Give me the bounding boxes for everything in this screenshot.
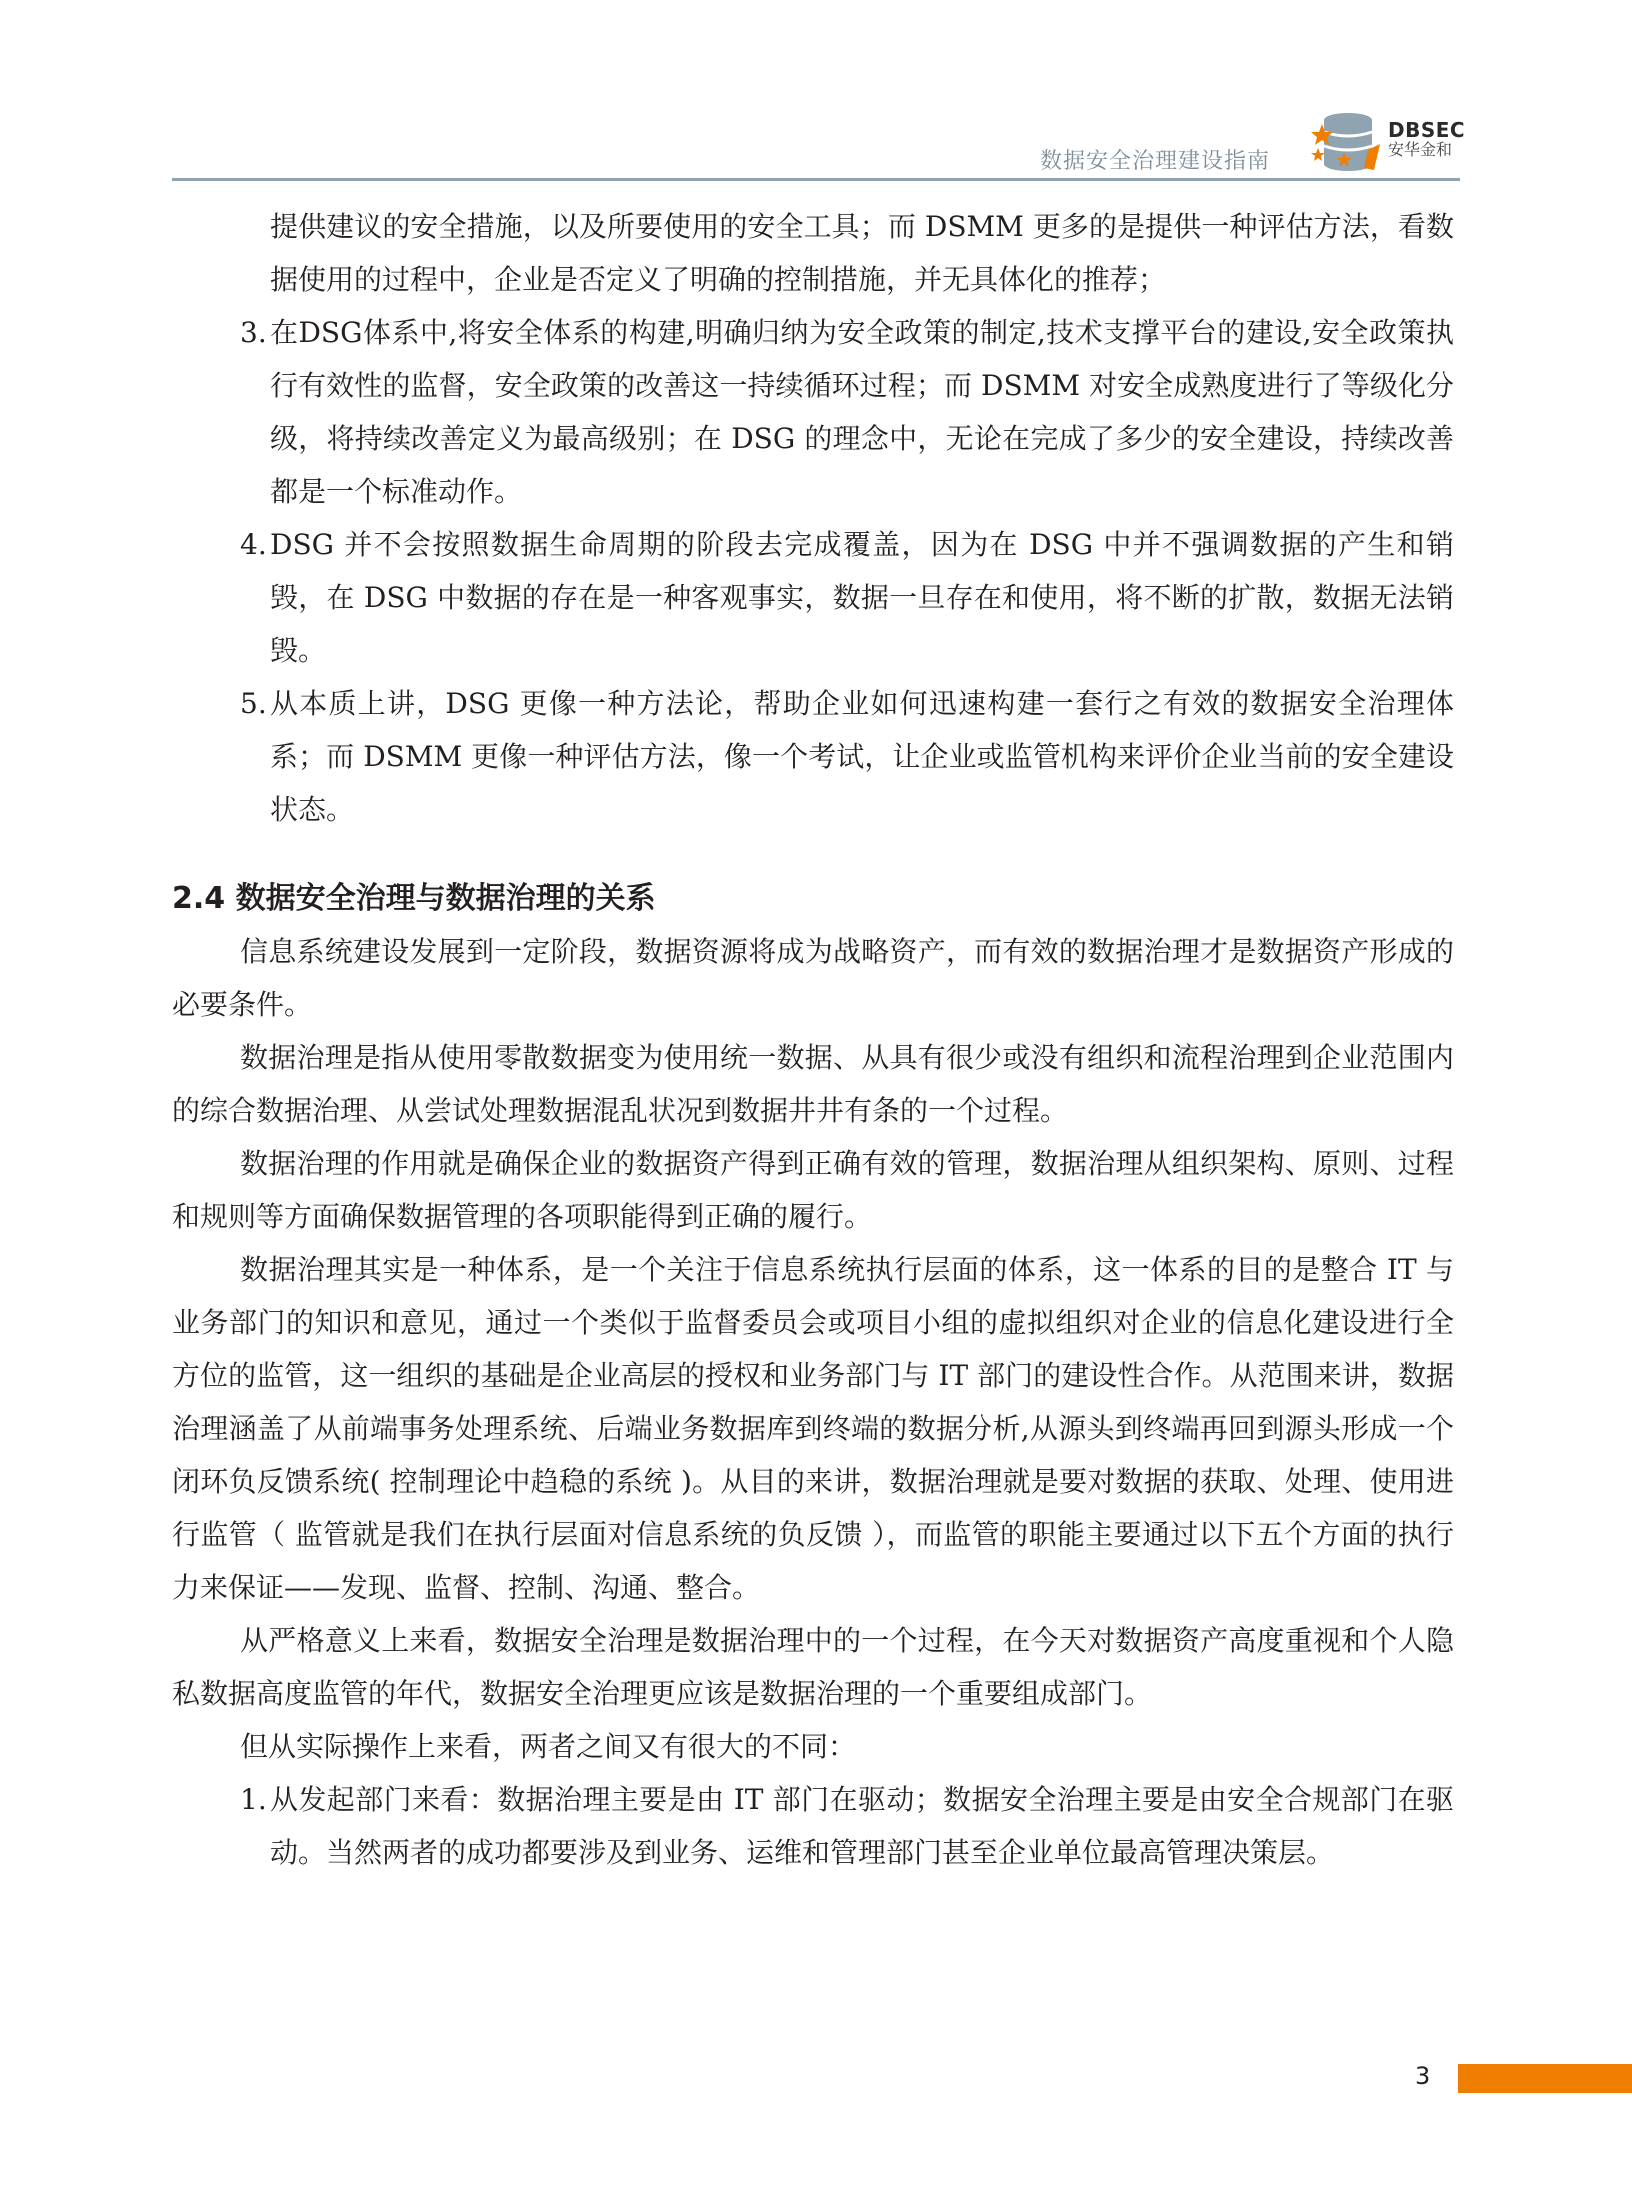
paragraph: 但从实际操作上来看，两者之间又有很大的不同： bbox=[172, 1720, 1454, 1773]
header-divider bbox=[172, 178, 1460, 181]
paragraph: 数据治理其实是一种体系，是一个关注于信息系统执行层面的体系，这一体系的目的是整合… bbox=[172, 1243, 1454, 1614]
list-item-number: 5. bbox=[240, 677, 267, 730]
database-stars-icon bbox=[1308, 110, 1384, 174]
page-body: 提供建议的安全措施，以及所要使用的安全工具；而 DSMM 更多的是提供一种评估方… bbox=[172, 200, 1454, 1879]
list-item-text: 从本质上讲，DSG 更像一种方法论，帮助企业如何迅速构建一套行之有效的数据安全治… bbox=[270, 687, 1454, 826]
paragraph: 数据治理是指从使用零散数据变为使用统一数据、从具有很少或没有组织和流程治理到企业… bbox=[172, 1031, 1454, 1137]
list-item-number: 1. bbox=[240, 1773, 267, 1826]
list-item: 4. DSG 并不会按照数据生命周期的阶段去完成覆盖，因为在 DSG 中并不强调… bbox=[172, 518, 1454, 677]
list-item-number: 4. bbox=[240, 518, 267, 571]
list-item-continuation: 提供建议的安全措施，以及所要使用的安全工具；而 DSMM 更多的是提供一种评估方… bbox=[172, 200, 1454, 306]
document-title: 数据安全治理建设指南 bbox=[1040, 144, 1270, 175]
list-item: 3. 在DSG体系中,将安全体系的构建,明确归纳为安全政策的制定,技术支撑平台的… bbox=[172, 306, 1454, 518]
list-item-text: 在DSG体系中,将安全体系的构建,明确归纳为安全政策的制定,技术支撑平台的建设,… bbox=[270, 316, 1454, 508]
paragraph: 从严格意义上来看，数据安全治理是数据治理中的一个过程，在今天对数据资产高度重视和… bbox=[172, 1614, 1454, 1720]
page-number: 3 bbox=[1415, 2062, 1430, 2090]
list-item-text: DSG 并不会按照数据生命周期的阶段去完成覆盖，因为在 DSG 中并不强调数据的… bbox=[270, 528, 1454, 667]
list-item-text: 提供建议的安全措施，以及所要使用的安全工具；而 DSMM 更多的是提供一种评估方… bbox=[270, 210, 1454, 296]
dbsec-logo: DBSEC 安华金和 bbox=[1308, 110, 1478, 174]
page-number-accent-bar bbox=[1458, 2064, 1632, 2093]
section-heading: 2.4 数据安全治理与数据治理的关系 bbox=[172, 872, 1454, 925]
paragraph: 信息系统建设发展到一定阶段，数据资源将成为战略资产，而有效的数据治理才是数据资产… bbox=[172, 925, 1454, 1031]
list-item: 1. 从发起部门来看：数据治理主要是由 IT 部门在驱动；数据安全治理主要是由安… bbox=[172, 1773, 1454, 1879]
list-item: 5. 从本质上讲，DSG 更像一种方法论，帮助企业如何迅速构建一套行之有效的数据… bbox=[172, 677, 1454, 836]
paragraph: 数据治理的作用就是确保企业的数据资产得到正确有效的管理，数据治理从组织架构、原则… bbox=[172, 1137, 1454, 1243]
logo-brand-en: DBSEC bbox=[1388, 120, 1465, 140]
list-item-number: 3. bbox=[240, 306, 267, 359]
logo-brand-cn: 安华金和 bbox=[1388, 140, 1465, 160]
list-item-text: 从发起部门来看：数据治理主要是由 IT 部门在驱动；数据安全治理主要是由安全合规… bbox=[270, 1783, 1454, 1869]
